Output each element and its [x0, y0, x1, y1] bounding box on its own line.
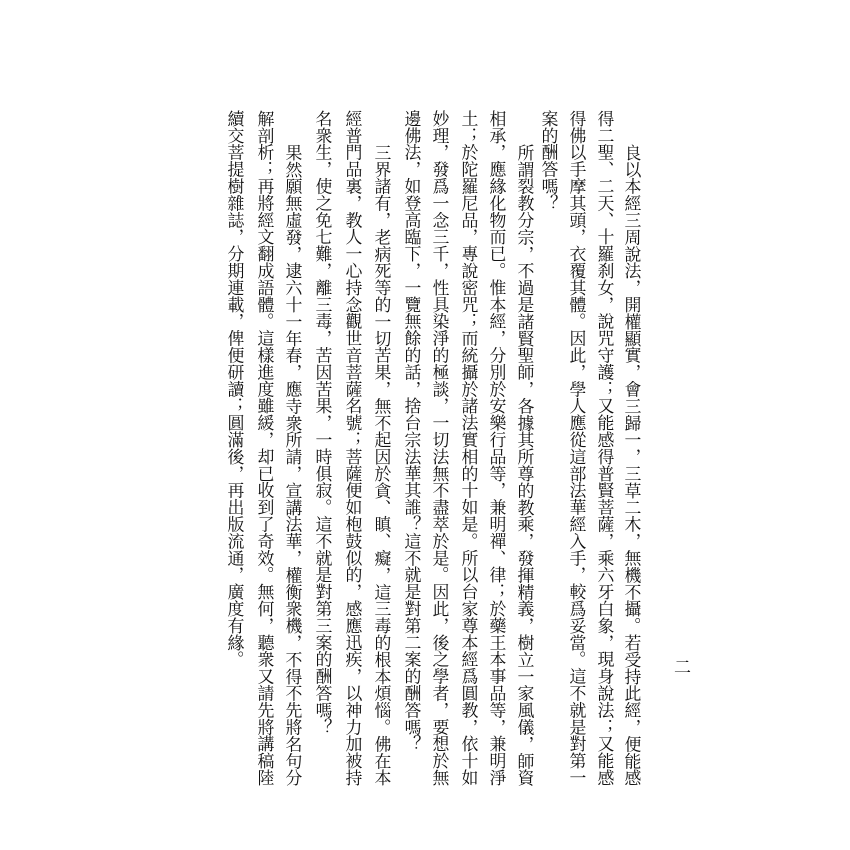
- text-column-14: 解剖析；再將經文翻成語體。這樣進度雖緩，却已收到了奇效。無何，聽衆又請先將講稿陸: [255, 110, 275, 786]
- text-column-3: 得佛以手摩其頭，衣覆其體。因此，學人應從這部法華經入手，較爲妥當。這不就是對第一: [567, 110, 587, 786]
- text-column-4: 案的酬答嗎？: [539, 110, 559, 211]
- page-number: 二: [668, 658, 693, 675]
- text-column-13: 果然願無虛發，逮六十一年春，應寺衆所請，宣講法華，權衡衆機，不得不先將名句分: [283, 144, 303, 786]
- text-column-12: 名衆生，使之免七難，離三毒，苦因苦果，一時俱寂。這不就是對第三案的酬答嗎？: [313, 110, 333, 735]
- book-page: 良以本經三周說法，開權顯實，會三歸一，三草二木，無機不攝。若受持此經，便能感 得…: [0, 0, 850, 850]
- text-column-9: 邊佛法，如登高臨下，一覽無餘的話，捨台宗法華其誰？這不就是對第二案的酬答嗎？: [402, 110, 422, 752]
- text-column-10: 三界諸有，老病死等的一切苦果，無不起因於貪、瞋、癡，這三毒的根本煩惱。佛在本: [372, 144, 392, 786]
- text-column-1: 良以本經三周說法，開權顯實，會三歸一，三草二木，無機不攝。若受持此經，便能感: [622, 144, 642, 786]
- text-column-6: 相承，應緣化物而已。惟本經，分別於安樂行品等，兼明禪、律；於藥王本事品等，兼明淨: [487, 110, 507, 786]
- text-column-7: 土；於陀羅尼品，專說密咒；而統攝於諸法實相的十如是。所以台家尊本經爲圓教，依十如: [459, 110, 479, 786]
- text-column-2: 得二聖、二天、十羅刹女，說咒守護；又能感得普賢菩薩，乘六牙白象，現身說法；又能感: [595, 110, 615, 786]
- text-column-11: 經普門品裏，教人一心持念觀世音菩薩名號；菩薩便如枹鼓似的，感應迅疾，以神力加被持: [343, 110, 363, 786]
- text-column-8: 妙理，發爲一念三千，性具染淨的極談，一切法無不盡萃於是。因此，後之學者，要想於無: [430, 110, 450, 786]
- text-column-15: 續交菩提樹雜誌，分期連載，俾便研讀；圓滿後，再出版流通，廣度有緣。: [225, 110, 245, 668]
- text-column-5: 所謂裂教分宗，不過是諸賢聖師，各據其所尊的教乘，發揮精義，樹立一家風儀，師資: [515, 144, 535, 786]
